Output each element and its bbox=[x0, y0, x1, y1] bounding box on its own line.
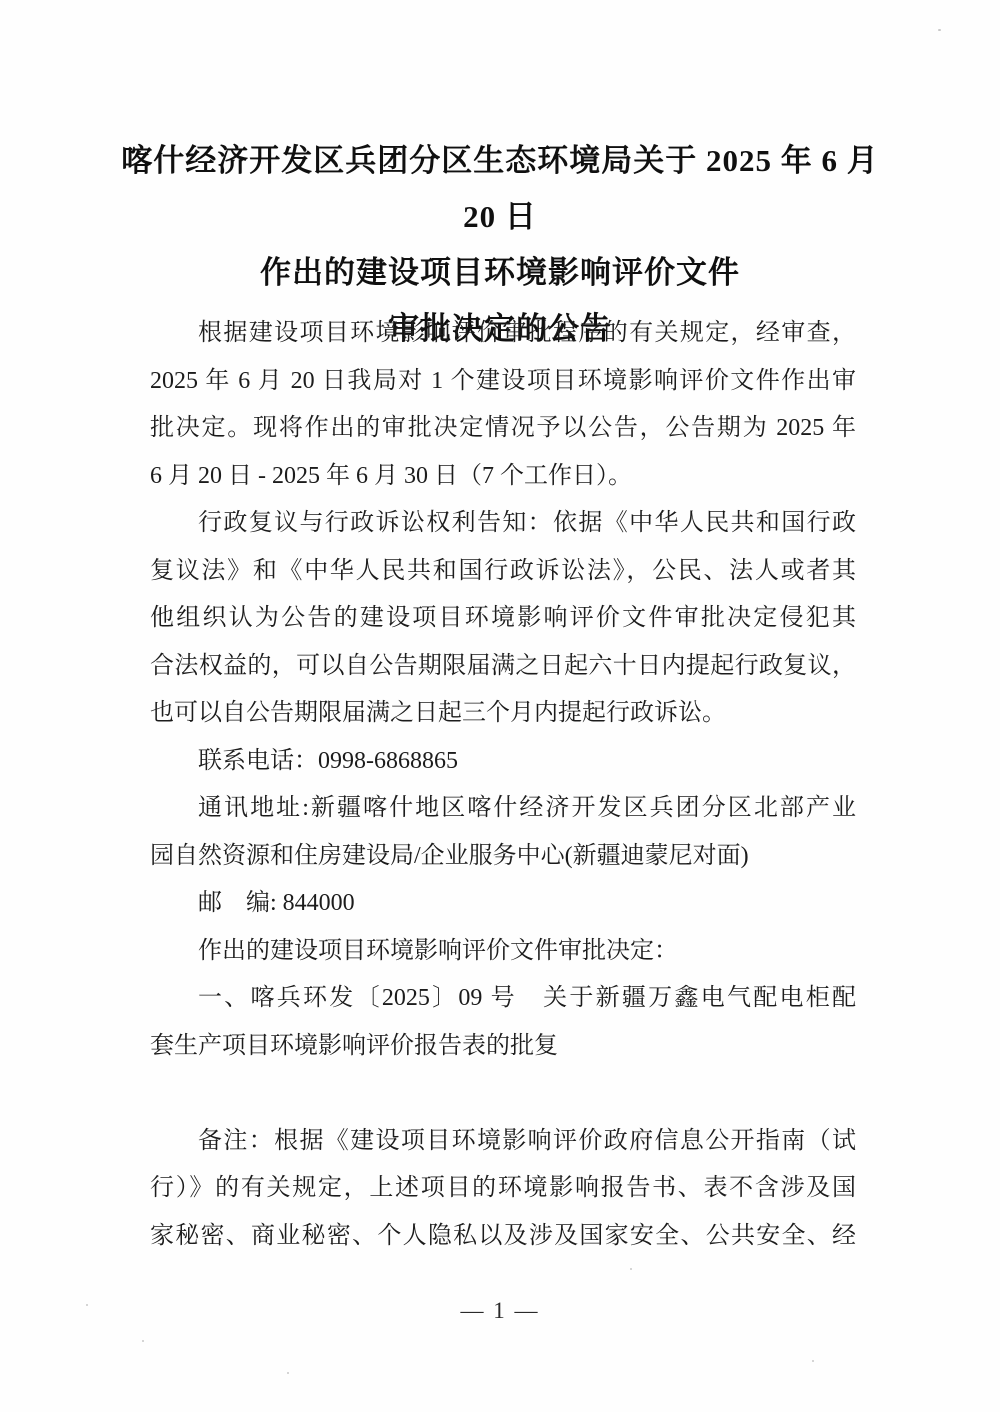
text-line: 家秘密、商业秘密、个人隐私以及涉及国家安全、公共安全、经 bbox=[150, 1213, 856, 1261]
text-line: 6 月 20 日 - 2025 年 6 月 30 日（7 个工作日）。 bbox=[150, 453, 856, 501]
page-number: — 1 — bbox=[0, 1298, 1000, 1324]
text-line: 套生产项目环境影响评价报告表的批复 bbox=[150, 1023, 856, 1071]
scan-speck bbox=[938, 29, 941, 31]
paragraph-remark: 备注：根据《建设项目环境影响评价政府信息公开指南（试行）》的有关规定，上述项目的… bbox=[150, 1118, 856, 1261]
paragraph-decision-item-1: 一、喀兵环发〔2025〕09 号 关于新疆万鑫电气配电柜配套生产项目环境影响评价… bbox=[150, 975, 856, 1070]
document-body: 根据建设项目环境影响评价审批程序的有关规定，经审查，2025 年 6 月 20 … bbox=[150, 310, 856, 1260]
paragraph-contact-phone: 联系电话：0998-6868865 bbox=[150, 738, 856, 786]
text-line: 行）》的有关规定，上述项目的环境影响报告书、表不含涉及国 bbox=[150, 1165, 856, 1213]
text-line: 批决定。现将作出的审批决定情况予以公告，公告期为 2025 年 bbox=[150, 405, 856, 453]
text-line: 一、喀兵环发〔2025〕09 号 关于新疆万鑫电气配电柜配 bbox=[150, 975, 856, 1023]
scan-speck bbox=[142, 1340, 144, 1342]
text-line: 也可以自公告期限届满之日起三个月内提起行政诉讼。 bbox=[150, 690, 856, 738]
document-title-line: 作出的建设项目环境影响评价文件 bbox=[110, 245, 890, 301]
scan-speck bbox=[812, 1360, 814, 1362]
document-page: 喀什经济开发区兵团分区生态环境局关于 2025 年 6 月 20 日 作出的建设… bbox=[0, 0, 1000, 1412]
paragraph-announcement-intro: 根据建设项目环境影响评价审批程序的有关规定，经审查，2025 年 6 月 20 … bbox=[150, 310, 856, 500]
text-line: 2025 年 6 月 20 日我局对 1 个建设项目环境影响评价文件作出审 bbox=[150, 358, 856, 406]
paragraph-contact-address: 通讯地址:新疆喀什地区喀什经济开发区兵团分区北部产业园自然资源和住房建设局/企业… bbox=[150, 785, 856, 880]
text-line: 行政复议与行政诉讼权利告知：依据《中华人民共和国行政 bbox=[150, 500, 856, 548]
text-line: 联系电话：0998-6868865 bbox=[150, 738, 856, 786]
scan-speck bbox=[630, 1268, 632, 1270]
text-line: 通讯地址:新疆喀什地区喀什经济开发区兵团分区北部产业 bbox=[150, 785, 856, 833]
scan-speck bbox=[287, 1372, 289, 1374]
text-line: 备注：根据《建设项目环境影响评价政府信息公开指南（试 bbox=[150, 1118, 856, 1166]
paragraph-legal-rights-notice: 行政复议与行政诉讼权利告知：依据《中华人民共和国行政复议法》和《中华人民共和国行… bbox=[150, 500, 856, 738]
scan-speck bbox=[86, 1304, 88, 1306]
text-line: 邮 编: 844000 bbox=[150, 880, 856, 928]
text-line: 作出的建设项目环境影响评价文件审批决定： bbox=[150, 928, 856, 976]
text-line: 合法权益的，可以自公告期限届满之日起六十日内提起行政复议， bbox=[150, 643, 856, 691]
text-line: 他组织认为公告的建设项目环境影响评价文件审批决定侵犯其 bbox=[150, 595, 856, 643]
document-title-line: 喀什经济开发区兵团分区生态环境局关于 2025 年 6 月 20 日 bbox=[110, 133, 890, 245]
text-line: 复议法》和《中华人民共和国行政诉讼法》，公民、法人或者其 bbox=[150, 548, 856, 596]
text-line: 园自然资源和住房建设局/企业服务中心(新疆迪蒙尼对面) bbox=[150, 833, 856, 881]
paragraph-decisions-heading: 作出的建设项目环境影响评价文件审批决定： bbox=[150, 928, 856, 976]
paragraph-postal-code: 邮 编: 844000 bbox=[150, 880, 856, 928]
text-line: 根据建设项目环境影响评价审批程序的有关规定，经审查， bbox=[150, 310, 856, 358]
